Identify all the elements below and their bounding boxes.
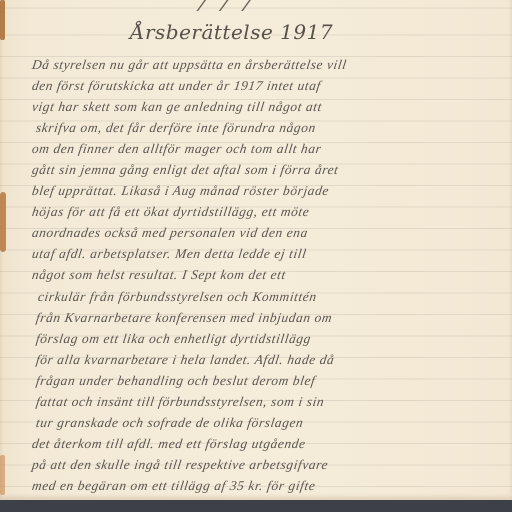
text-line: förslag om ett lika och enhetligt dyrtid… [35, 331, 507, 347]
edge-stain [0, 192, 6, 252]
text-line: fattat och insänt till förbundsstyrelsen… [35, 394, 507, 410]
text-line: för alla kvarnarbetare i hela landet. Af… [35, 352, 507, 368]
text-line: skrifva om, det får derföre inte förundr… [35, 120, 507, 136]
text-line: på att den skulle ingå till respektive a… [31, 457, 503, 473]
top-fragment-text: / / / [197, 0, 259, 15]
text-line: om den finner den alltför mager och tom … [31, 141, 503, 157]
text-line: cirkulär från förbundsstyrelsen och Komm… [37, 289, 509, 305]
text-line: tur granskade och sofrade de olika försl… [35, 415, 507, 431]
text-line: anordnades också med personalen vid den … [31, 225, 503, 241]
text-line: vigt har skett som kan ge anledning till… [31, 99, 503, 115]
text-line: Då styrelsen nu går att uppsätta en årsb… [31, 57, 503, 73]
text-line: gått sin jemna gång enligt det aftal som… [31, 162, 503, 178]
text-line: blef upprättat. Likaså i Aug månad röste… [31, 183, 503, 199]
edge-stain [0, 0, 5, 40]
text-line: det återkom till afdl. med ett förslag u… [31, 436, 503, 452]
text-line: något som helst resultat. I Sept kom det… [31, 267, 503, 283]
text-line: den först förutskicka att under år 1917 … [31, 78, 503, 94]
text-line: frågan under behandling och beslut derom… [35, 373, 507, 389]
document-page: / / / Årsberättelse 1917 Då styrelsen nu… [0, 0, 512, 500]
text-line: utaf afdl. arbetsplatser. Men detta ledd… [31, 246, 503, 262]
book-binding-edge [0, 500, 512, 512]
text-line: höjas för att få ett ökat dyrtidstillägg… [31, 204, 503, 220]
text-line: med en begäran om ett tillägg af 35 kr. … [31, 478, 503, 494]
page-title: Årsberättelse 1917 [130, 20, 333, 44]
text-line: från Kvarnarbetare konferensen med inbju… [35, 310, 507, 326]
edge-stain [0, 455, 5, 495]
